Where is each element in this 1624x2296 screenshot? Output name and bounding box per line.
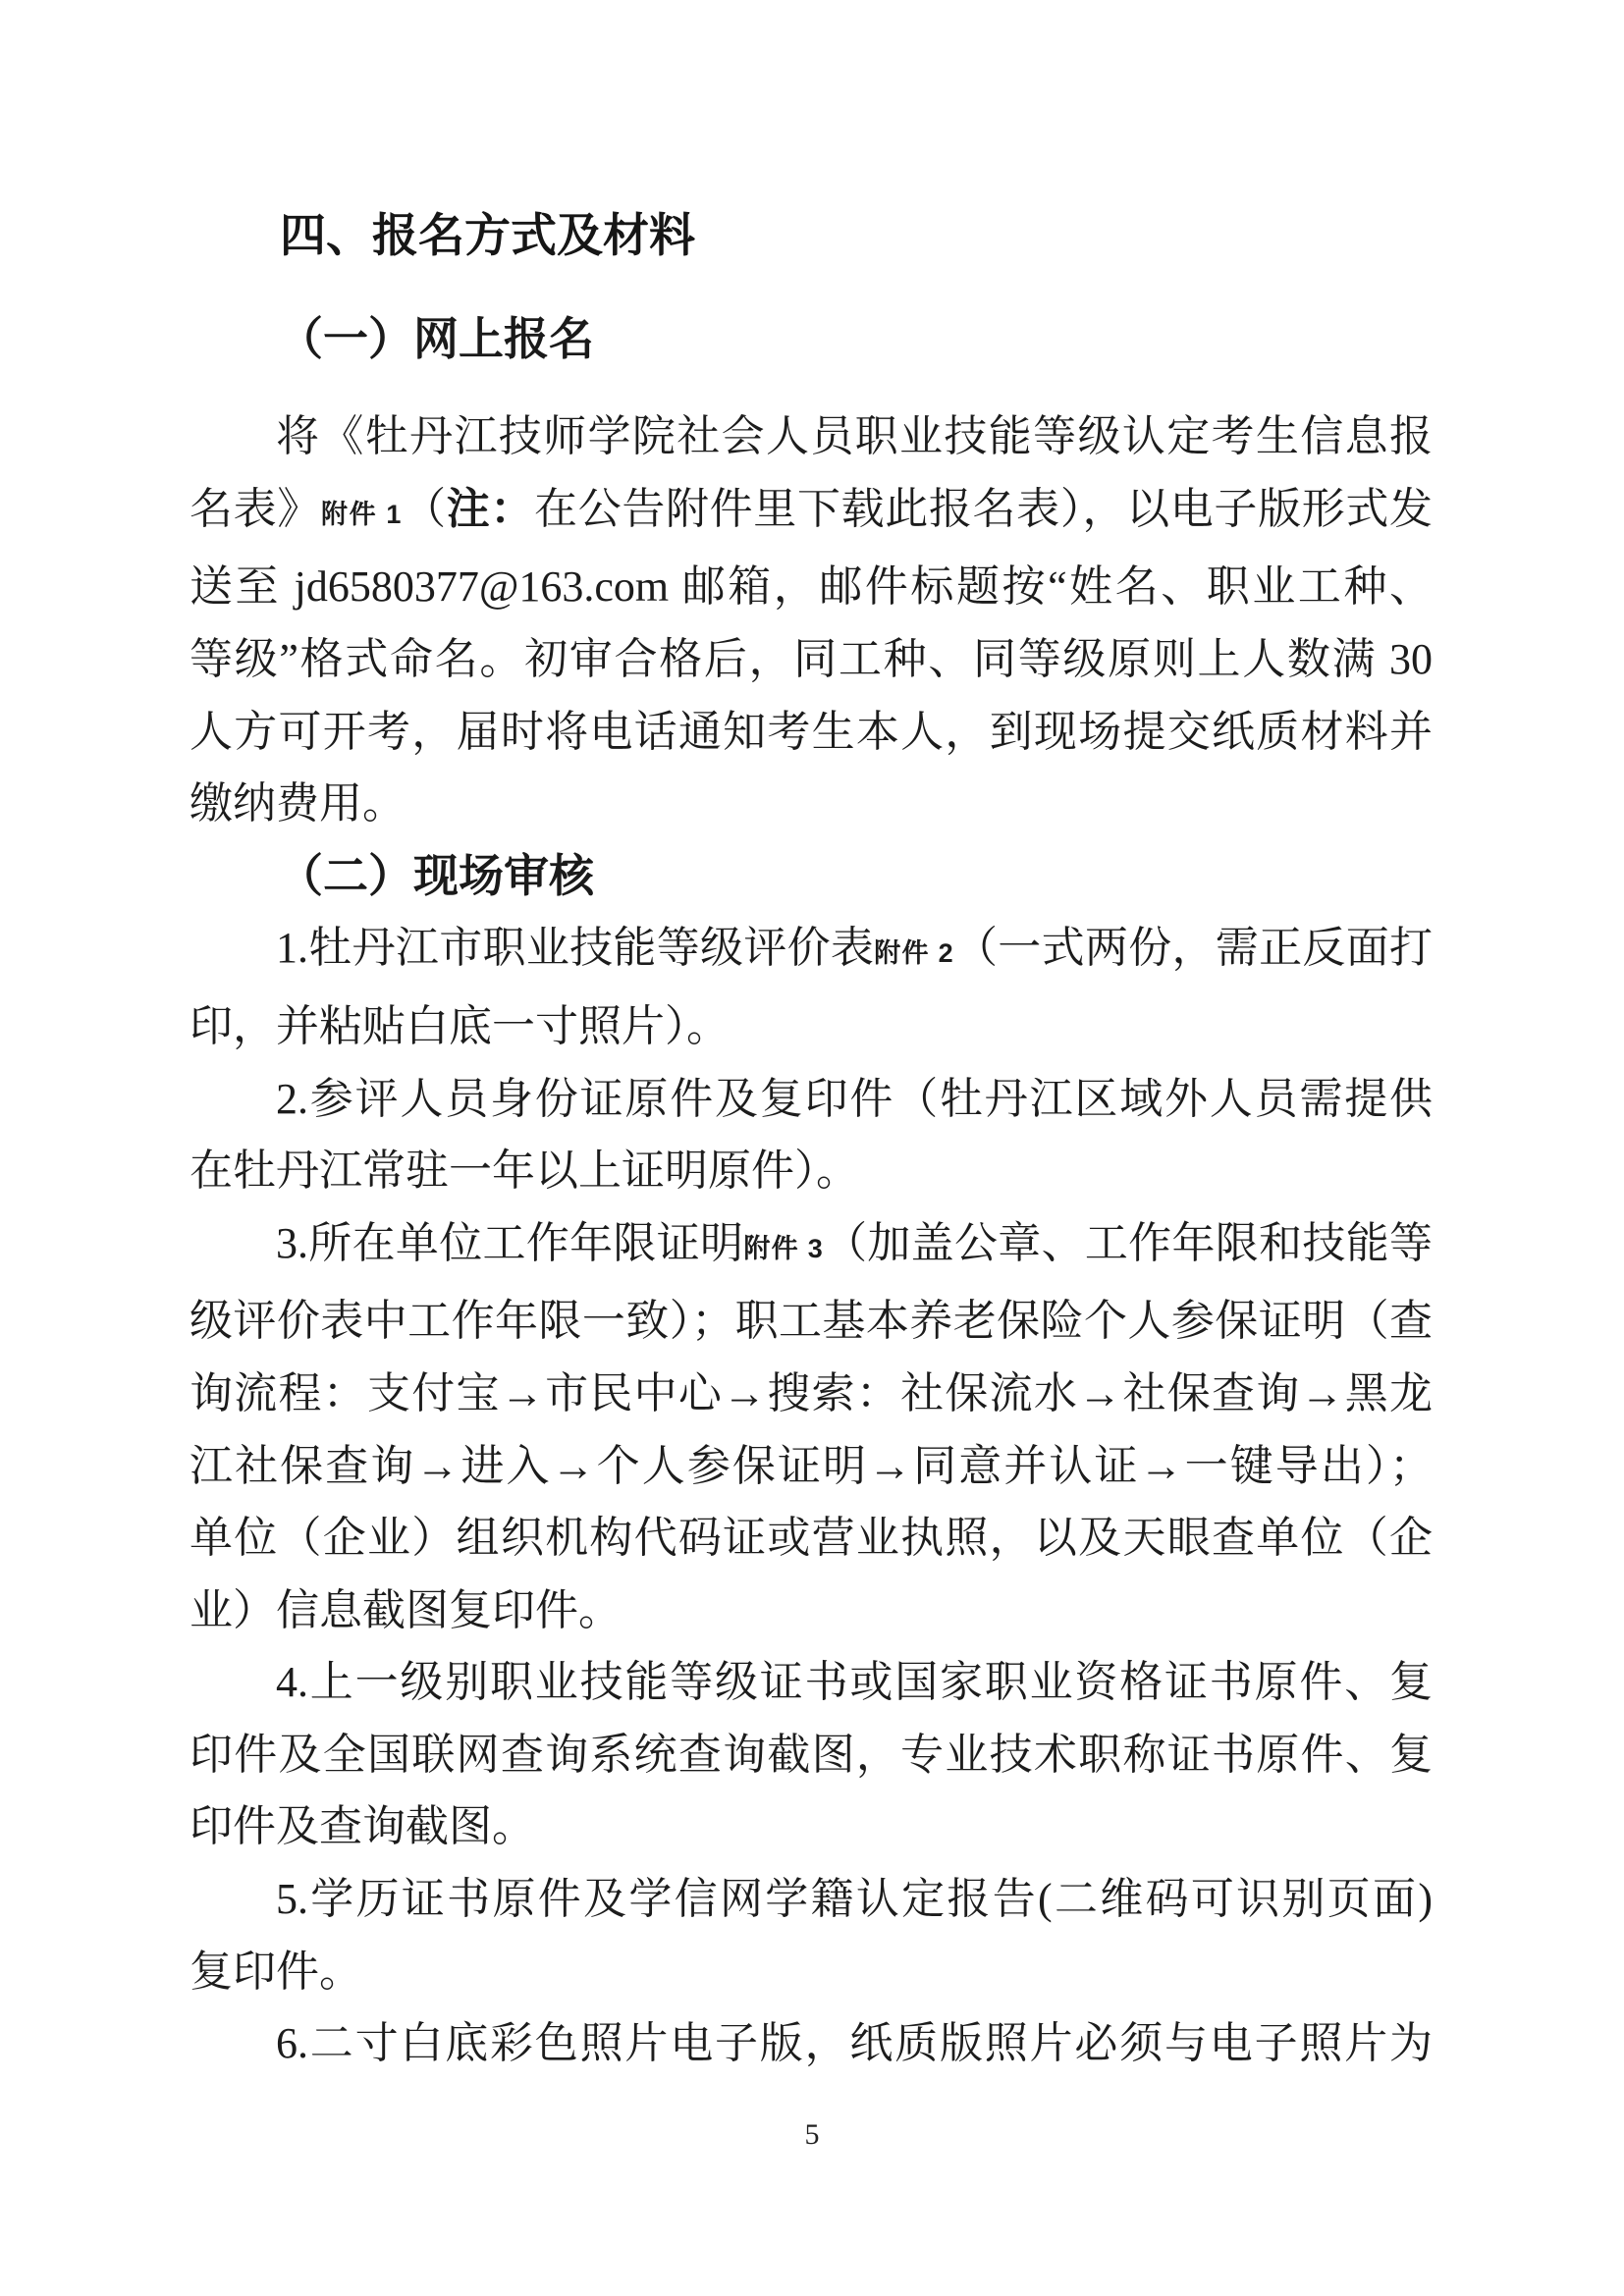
body-line: 3.所在单位工作年限证明附件 3（加盖公章、工作年限和技能等 [189,1207,1433,1286]
body-line: 询流程：支付宝→市民中心→搜索：社保流水→社保查询→黑龙 [189,1358,1433,1430]
body-line: 复印件。 [189,1936,1433,2008]
body-text: （ [402,485,446,533]
body-line: 名表》附件 1（注：在公告附件里下载此报名表），以电子版形式发 [189,473,1433,552]
subsection-heading-online-signup: （一）网上报名 [189,303,1433,376]
body-text: （一式两份，需正反面打 [954,924,1433,972]
body-line: 印件及查询截图。 [189,1790,1433,1863]
body-text: 1.牡丹江市职业技能等级评价表 [276,924,874,972]
body-text: 名表》 [189,485,321,533]
body-line: 在牡丹江常驻一年以上证明原件）。 [189,1135,1433,1207]
body-text: 3.所在单位工作年限证明 [276,1219,743,1267]
body-line: 江社保查询→进入→个人参保证明→同意并认证→一键导出）； [189,1430,1433,1503]
document-page: 四、报名方式及材料 （一）网上报名 将《牡丹江技师学院社会人员职业技能等级认定考… [0,0,1624,2296]
body-line: 业）信息截图复印件。 [189,1575,1433,1647]
body-line: 单位（企业）组织机构代码证或营业执照，以及天眼查单位（企 [189,1502,1433,1575]
body-line: 将《牡丹江技师学院社会人员职业技能等级认定考生信息报 [189,400,1433,473]
body-line: 6.二寸白底彩色照片电子版，纸质版照片必须与电子照片为 [189,2007,1433,2080]
body-line: 1.牡丹江市职业技能等级评价表附件 2（一式两份，需正反面打 [189,912,1433,990]
attachment-1-ref: 附件 1 [321,500,402,529]
body-text: 在公告附件里下载此报名表），以电子版形式发 [534,485,1433,533]
subsection-heading-onsite-review: （二）现场审核 [189,840,1433,913]
body-text: （加盖公章、工作年限和技能等 [824,1219,1433,1267]
body-line: 印，并粘贴白底一寸照片）。 [189,990,1433,1063]
body-line: 2.参评人员身份证原件及复印件（牡丹江区域外人员需提供 [189,1063,1433,1136]
body-line: 印件及全国联网查询系统查询截图，专业技术职称证书原件、复 [189,1719,1433,1791]
body-line: 5.学历证书原件及学信网学籍认定报告(二维码可识别页面) [189,1863,1433,1936]
section-heading: 四、报名方式及材料 [189,199,1433,272]
attachment-3-ref: 附件 3 [743,1234,823,1263]
attachment-2-ref: 附件 2 [874,938,953,968]
body-line: 送至 jd6580377@163.com 邮箱，邮件标题按“姓名、职业工种、 [189,551,1433,623]
body-line: 级评价表中工作年限一致）；职工基本养老保险个人参保证明（查 [189,1285,1433,1358]
body-line: 人方可开考，届时将电话通知考生本人，到现场提交纸质材料并 [189,696,1433,769]
body-line: 等级”格式命名。初审合格后，同工种、同等级原则上人数满 30 [189,623,1433,696]
body-line: 4.上一级别职业技能等级证书或国家职业资格证书原件、复 [189,1646,1433,1719]
body-line: 缴纳费用。 [189,768,1433,840]
page-number: 5 [0,2118,1624,2152]
note-label: 注： [447,485,534,533]
document-body: 四、报名方式及材料 （一）网上报名 将《牡丹江技师学院社会人员职业技能等级认定考… [189,199,1433,2080]
